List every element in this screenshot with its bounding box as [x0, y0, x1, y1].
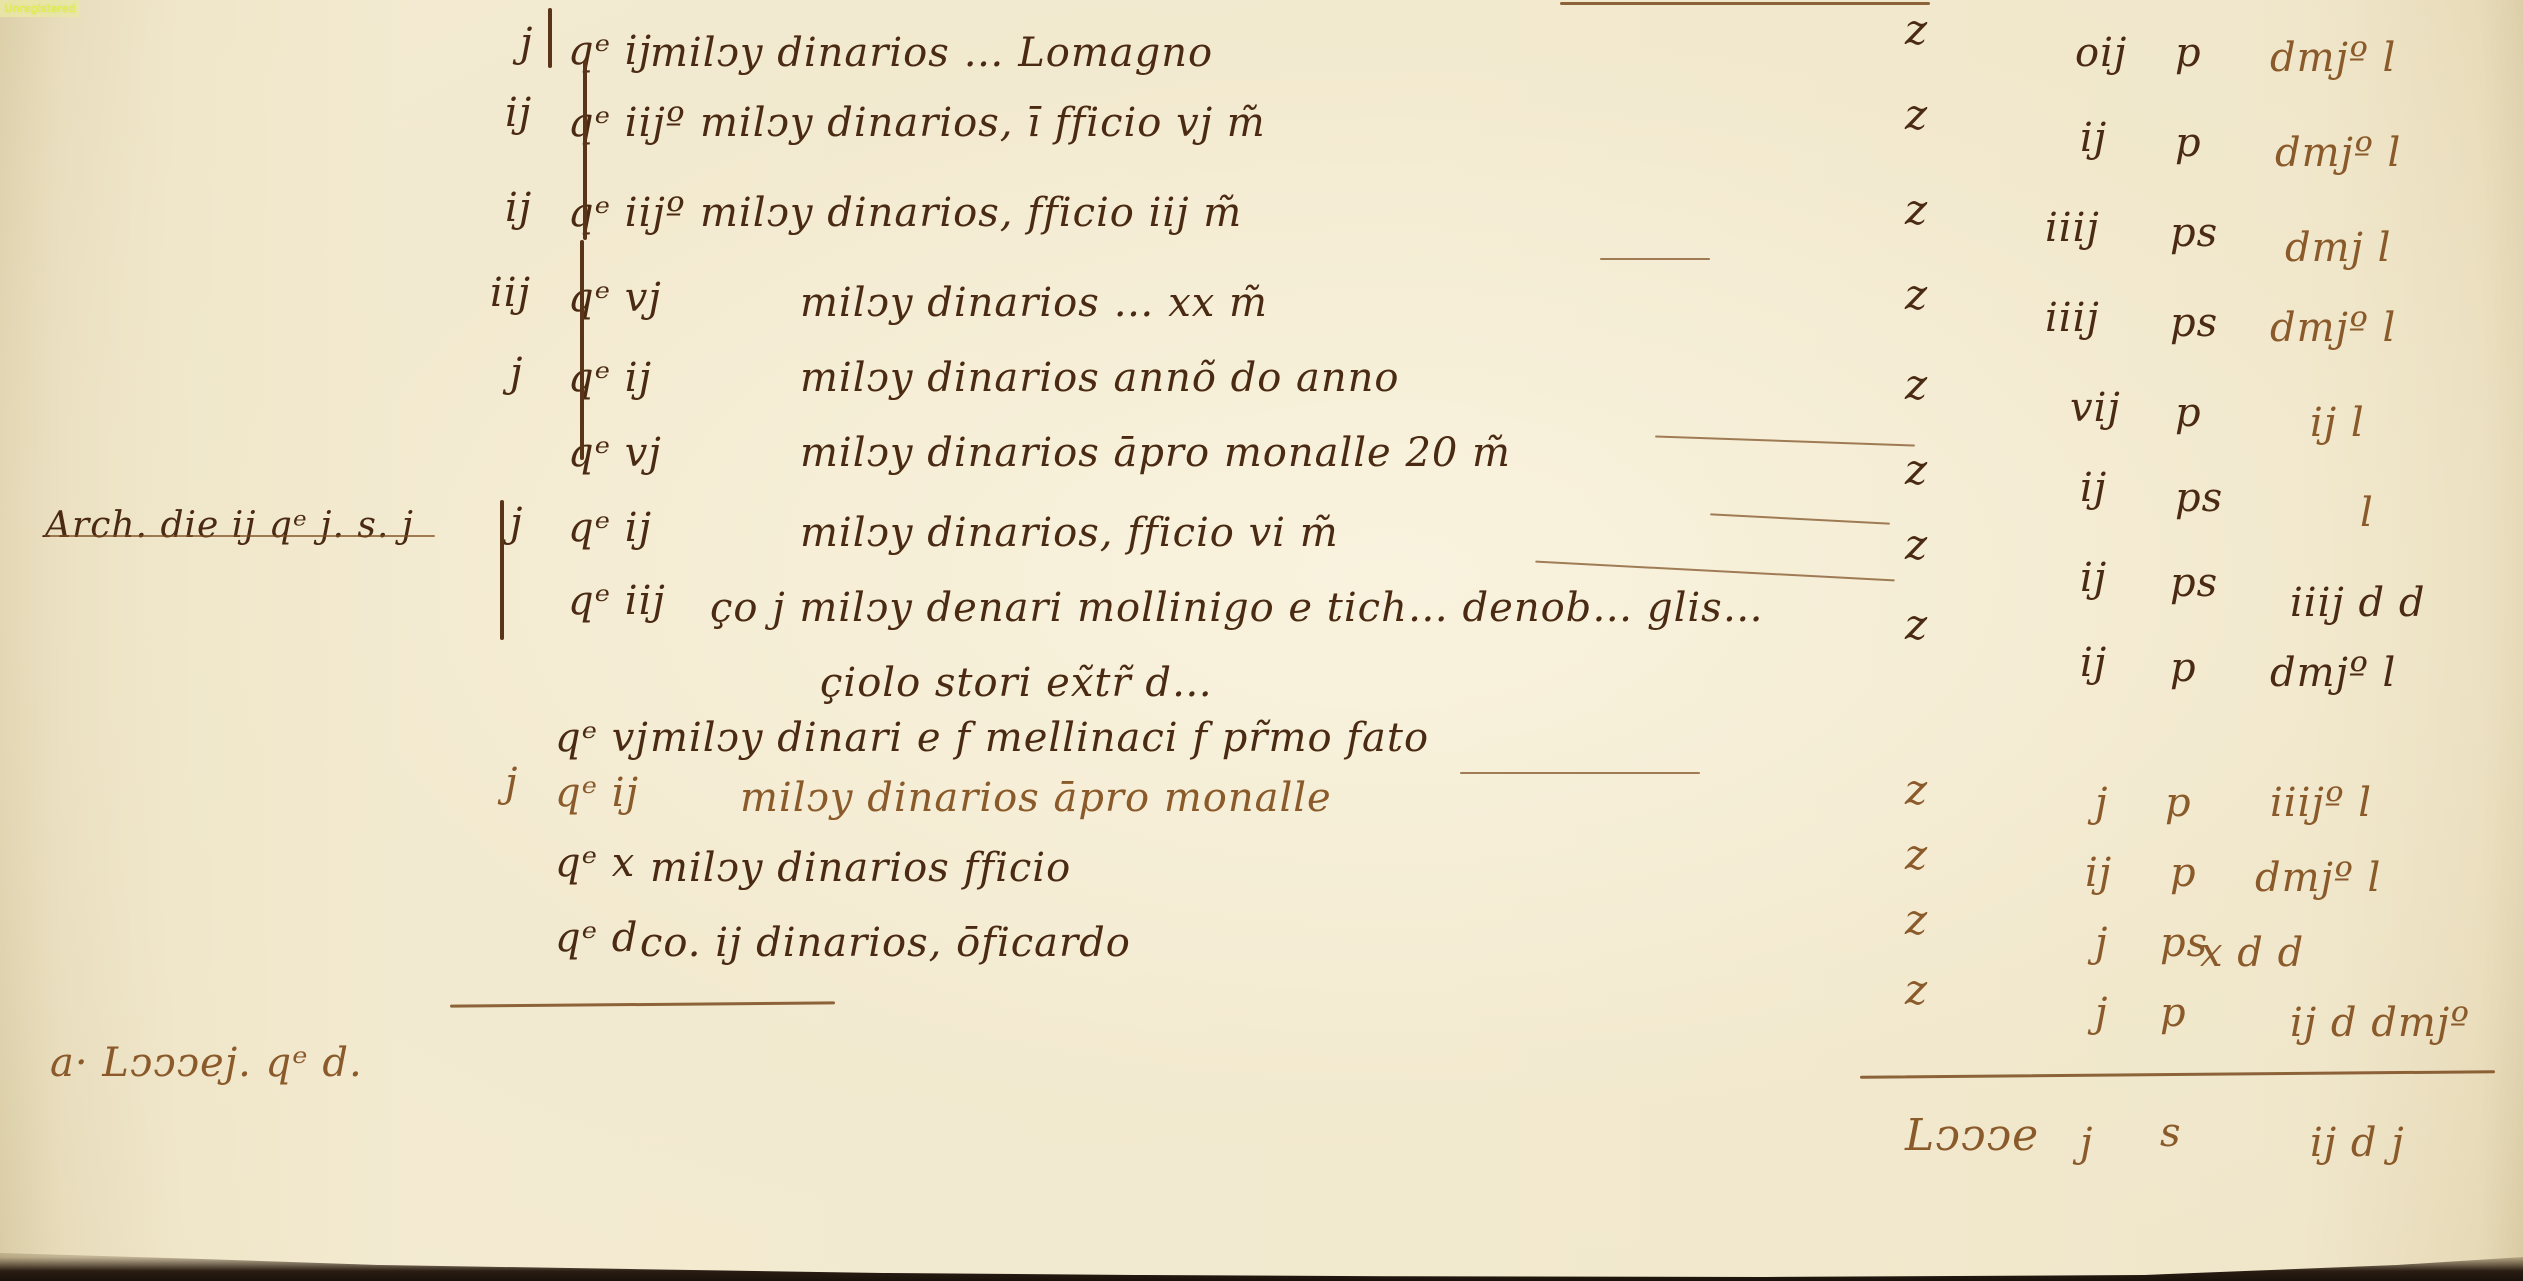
entry-mark: ij [505, 185, 532, 231]
denari-value: dmjº l [2275, 130, 2401, 176]
ruling-line [1560, 2, 1930, 5]
lire-value: oij [2075, 30, 2127, 76]
entry-description: milↄy dinarios āpro monalle [740, 775, 1332, 821]
denari-value: ij d dmjº [2290, 1000, 2470, 1046]
currency-symbol: z [1905, 270, 1928, 319]
entry-qty: qᵉ x [555, 840, 635, 886]
entry-description: milↄy dinarios … Lomagno [650, 30, 1213, 76]
total-denari: ij d j [2310, 1120, 2405, 1166]
margin-note: Arch. die ij qᵉ j. s. j [45, 505, 414, 546]
currency-symbol: z [1905, 600, 1928, 649]
entry-description: milↄy dinari e f mellinaci f pr̃mo fato [650, 715, 1429, 761]
entry-qty: qᵉ d [555, 915, 638, 961]
denari-value: l [2360, 490, 2374, 536]
entry-description: milↄy dinarios … xx m̃ [800, 280, 1268, 326]
denari-value: dmjº l [2270, 305, 2396, 351]
lire-value: iiij [2045, 205, 2100, 251]
soldi-value: p [2175, 390, 2202, 436]
unregistered-watermark: Unregistered [0, 0, 80, 17]
entry-mark: ij [505, 90, 532, 136]
total-lire: j [2080, 1120, 2093, 1166]
lire-value: ij [2080, 465, 2107, 511]
denari-value: dmjº l [2255, 855, 2381, 901]
currency-symbol: z [1905, 765, 1928, 814]
ruling-line [1600, 258, 1710, 260]
lire-value: ij [2085, 850, 2112, 896]
soldi-value: ps [2170, 300, 2218, 346]
currency-symbol: z [1905, 520, 1928, 569]
entry-description: çiolo stori ex̃tr̃ d… [820, 660, 1213, 706]
entry-qty: qᵉ iij [568, 578, 666, 624]
lire-value: j [2095, 920, 2108, 966]
denari-value: iiijº l [2270, 780, 2372, 826]
bracket-stroke [500, 500, 504, 640]
denari-value: dmj l [2285, 225, 2391, 271]
currency-symbol: z [1905, 360, 1928, 409]
denari-value: ij l [2310, 400, 2365, 446]
bottom-left-total: a· Lↄↄↄej. qᵉ d. [50, 1040, 363, 1086]
entry-qty: qᵉ ij [568, 505, 652, 551]
entry-description: milↄy dinarios annõ do anno [800, 355, 1400, 401]
currency-symbol: z [1905, 90, 1928, 139]
denari-value: dmjº l [2270, 650, 2396, 696]
ruling-line [1460, 772, 1700, 774]
entry-description: co. ij dinarios, ōficardo [640, 920, 1131, 966]
currency-symbol: z [1905, 965, 1928, 1014]
lire-value: j [2095, 780, 2108, 826]
lire-value: ij [2080, 555, 2107, 601]
entry-description: milↄy dinarios fficio [650, 845, 1071, 891]
lire-value: iiij [2045, 295, 2100, 341]
entry-mark: j [510, 500, 523, 546]
entry-description: milↄy dinarios, ī fficio vj m̃ [700, 100, 1266, 146]
lire-value: ij [2080, 115, 2107, 161]
lire-value: vij [2070, 385, 2121, 431]
total-label: Lↄↄↄe [1905, 1110, 2039, 1161]
bracket-stroke [580, 240, 584, 460]
currency-symbol: z [1905, 5, 1928, 54]
margin-note-strike [45, 535, 435, 537]
currency-symbol: z [1905, 445, 1928, 494]
entry-mark: j [520, 20, 533, 66]
denari-value: dmjº l [2270, 35, 2396, 81]
entry-description: milↄy dinarios, fficio iij m̃ [700, 190, 1242, 236]
bracket-stroke [548, 8, 552, 68]
soldi-value: p [2170, 850, 2197, 896]
currency-symbol: z [1905, 185, 1928, 234]
soldi-value: p [2175, 120, 2202, 166]
entry-description: milↄy dinarios āpro monalle 20 m̃ [800, 430, 1511, 476]
lire-value: ij [2080, 640, 2107, 686]
currency-symbol: z [1905, 895, 1928, 944]
entry-description: milↄy dinarios, fficio vi m̃ [800, 510, 1339, 556]
soldi-value: p [2165, 780, 2192, 826]
soldi-value: ps [2170, 560, 2218, 606]
entry-mark: j [505, 760, 518, 806]
entry-mark: iij [490, 270, 531, 316]
entry-qty: qᵉ ij [568, 28, 652, 74]
lire-value: j [2095, 990, 2108, 1036]
currency-symbol: z [1905, 830, 1928, 879]
bracket-stroke [583, 60, 587, 240]
entry-qty: qᵉ vj [555, 715, 649, 761]
total-soldi: s [2160, 1110, 2182, 1156]
manuscript-page [0, 0, 2523, 1281]
entry-description: ço j milↄy denari mollinigo e tich… deno… [710, 585, 1764, 631]
denari-value: x d d [2200, 930, 2304, 976]
soldi-value: ps [2175, 475, 2223, 521]
denari-value: iiij d d [2290, 580, 2425, 626]
entry-mark: j [510, 350, 523, 396]
entry-qty: qᵉ ij [555, 770, 639, 816]
soldi-value: p [2175, 30, 2202, 76]
soldi-value: ps [2170, 210, 2218, 256]
soldi-value: p [2160, 990, 2187, 1036]
soldi-value: p [2170, 645, 2197, 691]
